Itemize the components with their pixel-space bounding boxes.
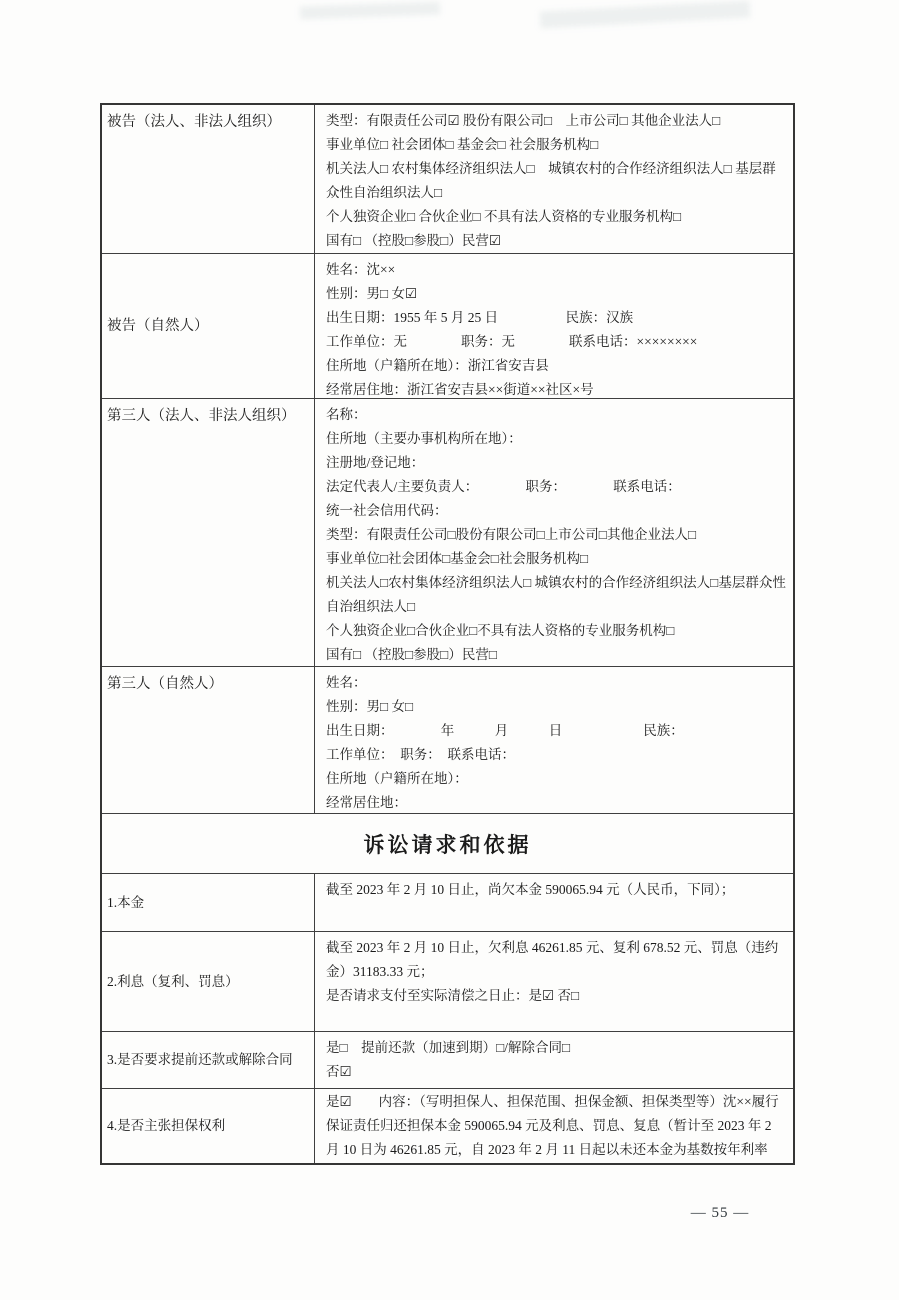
row-label: 4.是否主张担保权利: [102, 1089, 315, 1163]
form-line: 国有□ （控股□参股□）民营☑: [326, 229, 787, 253]
row-label: 1.本金: [102, 874, 315, 931]
form-line: 住所地（户籍所在地）：浙江省安吉县: [326, 354, 787, 378]
form-line: 否☑: [326, 1060, 787, 1084]
form-line: 出生日期： 年 月 日 民族：: [326, 719, 787, 743]
table-row-defendant-legal-person: 被告（法人、非法人组织） 类型：有限责任公司☑ 股份有限公司□ 上市公司□ 其他…: [102, 105, 793, 254]
form-line: 统一社会信用代码：: [326, 499, 787, 523]
form-line: 名称：: [326, 403, 787, 427]
table-row-guarantee-rights: 4.是否主张担保权利 是☑ 内容：（写明担保人、担保范围、担保金额、担保类型等）…: [102, 1089, 793, 1163]
form-line: 性别：男□ 女□: [326, 695, 787, 719]
form-line: 截至 2023 年 2 月 10 日止，尚欠本金 590065.94 元（人民币…: [326, 878, 787, 902]
scanned-court-form-page: 被告（法人、非法人组织） 类型：有限责任公司☑ 股份有限公司□ 上市公司□ 其他…: [0, 0, 899, 1300]
case-registration-table: 被告（法人、非法人组织） 类型：有限责任公司☑ 股份有限公司□ 上市公司□ 其他…: [100, 103, 795, 1165]
form-line: 住所地（主要办事机构所在地）：: [326, 427, 787, 451]
row-content: 截至 2023 年 2 月 10 日止，尚欠本金 590065.94 元（人民币…: [315, 874, 793, 931]
row-content: 是☑ 内容：（写明担保人、担保范围、担保金额、担保类型等）沈××履行保证责任归还…: [315, 1089, 793, 1163]
form-line: 是否请求支付至实际清偿之日止：是☑ 否□: [326, 984, 787, 1008]
form-line: 姓名：: [326, 671, 787, 695]
row-label: 3.是否要求提前还款或解除合同: [102, 1032, 315, 1088]
form-line: 事业单位□社会团体□基金会□社会服务机构□: [326, 547, 787, 571]
form-line: 法定代表人/主要负责人： 职务： 联系电话：: [326, 475, 787, 499]
row-content: 名称： 住所地（主要办事机构所在地）： 注册地/登记地： 法定代表人/主要负责人…: [315, 399, 793, 666]
table-row-defendant-natural-person: 被告（自然人） 姓名：沈×× 性别：男□ 女☑ 出生日期：1955 年 5 月 …: [102, 254, 793, 399]
section-title: 诉讼请求和依据: [364, 829, 532, 859]
row-label: 第三人（法人、非法人组织）: [102, 399, 315, 666]
table-row-early-repayment: 3.是否要求提前还款或解除合同 是□ 提前还款（加速到期）□/解除合同□ 否☑: [102, 1032, 793, 1089]
form-line: 国有□ （控股□参股□）民营□: [326, 643, 787, 666]
row-label: 被告（法人、非法人组织）: [102, 105, 315, 253]
form-line: 类型：有限责任公司☑ 股份有限公司□ 上市公司□ 其他企业法人□: [326, 109, 787, 133]
table-section-header-row: 诉讼请求和依据: [102, 814, 793, 874]
form-line: 出生日期：1955 年 5 月 25 日 民族：汉族: [326, 306, 787, 330]
form-line: 个人独资企业□合伙企业□不具有法人资格的专业服务机构□: [326, 619, 787, 643]
row-content: 姓名：沈×× 性别：男□ 女☑ 出生日期：1955 年 5 月 25 日 民族：…: [315, 254, 793, 398]
form-line: 截至 2023 年 2 月 10 日止，欠利息 46261.85 元、复利 67…: [326, 936, 787, 984]
row-content: 类型：有限责任公司☑ 股份有限公司□ 上市公司□ 其他企业法人□ 事业单位□ 社…: [315, 105, 793, 253]
form-line: 经常居住地：: [326, 791, 787, 813]
table-row-interest: 2.利息（复利、罚息） 截至 2023 年 2 月 10 日止，欠利息 4626…: [102, 932, 793, 1032]
form-line: 是☑ 内容：（写明担保人、担保范围、担保金额、担保类型等）沈××履行保证责任归还…: [326, 1090, 787, 1162]
table-row-third-party-legal-person: 第三人（法人、非法人组织） 名称： 住所地（主要办事机构所在地）： 注册地/登记…: [102, 399, 793, 667]
form-line: 经常居住地：浙江省安吉县××街道××社区×号: [326, 378, 787, 398]
form-line: 工作单位：无 职务：无 联系电话：××××××××: [326, 330, 787, 354]
scan-artifact: [300, 2, 440, 20]
form-line: 事业单位□ 社会团体□ 基金会□ 社会服务机构□: [326, 133, 787, 157]
table-row-third-party-natural-person: 第三人（自然人） 姓名： 性别：男□ 女□ 出生日期： 年 月 日 民族： 工作…: [102, 667, 793, 814]
row-content: 是□ 提前还款（加速到期）□/解除合同□ 否☑: [315, 1032, 793, 1088]
page-number: — 55 —: [640, 1205, 800, 1222]
form-line: 注册地/登记地：: [326, 451, 787, 475]
form-line: 工作单位： 职务： 联系电话：: [326, 743, 787, 767]
form-line: 类型：有限责任公司□股份有限公司□上市公司□其他企业法人□: [326, 523, 787, 547]
scan-artifact: [540, 1, 751, 29]
form-line: 姓名：沈××: [326, 258, 787, 282]
row-content: 截至 2023 年 2 月 10 日止，欠利息 46261.85 元、复利 67…: [315, 932, 793, 1031]
form-line: 机关法人□农村集体经济组织法人□ 城镇农村的合作经济组织法人□基层群众性自治组织…: [326, 571, 787, 619]
row-label: 第三人（自然人）: [102, 667, 315, 813]
form-line: 住所地（户籍所在地）：: [326, 767, 787, 791]
row-label: 2.利息（复利、罚息）: [102, 932, 315, 1031]
row-content: 姓名： 性别：男□ 女□ 出生日期： 年 月 日 民族： 工作单位： 职务： 联…: [315, 667, 793, 813]
form-line: 个人独资企业□ 合伙企业□ 不具有法人资格的专业服务机构□: [326, 205, 787, 229]
row-label: 被告（自然人）: [102, 254, 315, 398]
form-line: 性别：男□ 女☑: [326, 282, 787, 306]
form-line: 是□ 提前还款（加速到期）□/解除合同□: [326, 1036, 787, 1060]
form-line: 机关法人□ 农村集体经济组织法人□ 城镇农村的合作经济组织法人□ 基层群众性自治…: [326, 157, 787, 205]
table-row-principal: 1.本金 截至 2023 年 2 月 10 日止，尚欠本金 590065.94 …: [102, 874, 793, 932]
